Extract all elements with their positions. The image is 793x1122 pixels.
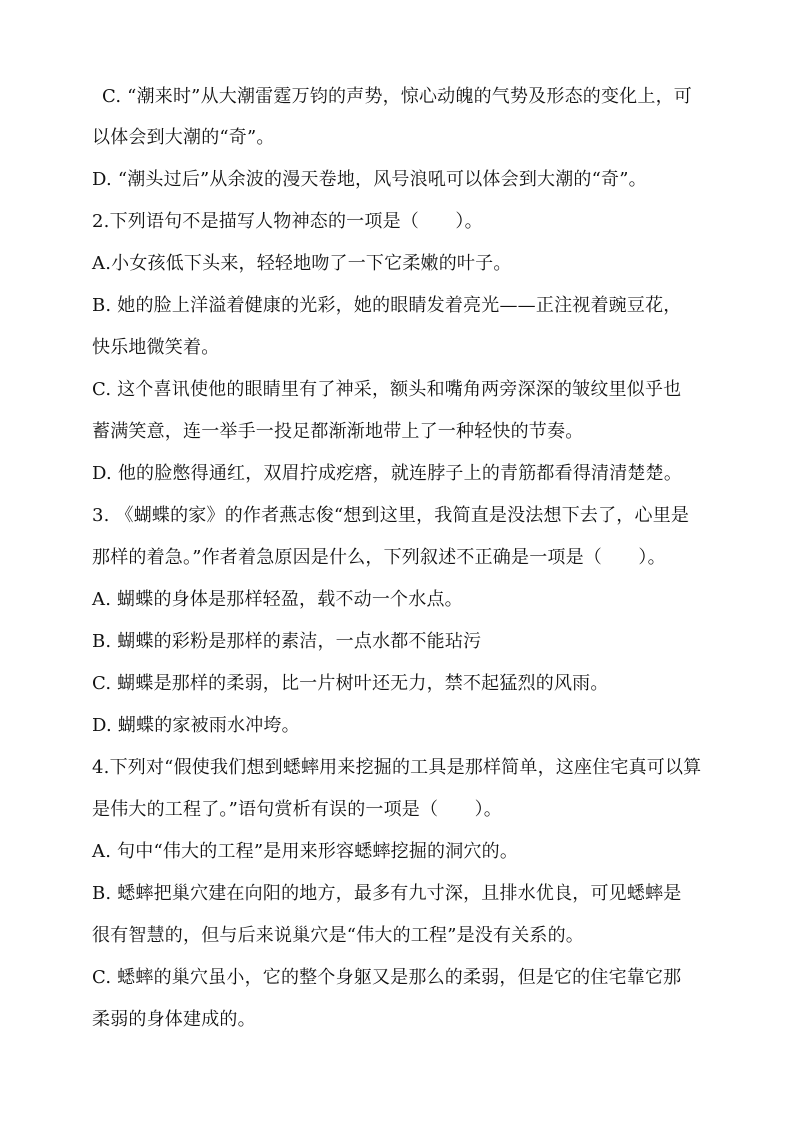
q4-option-b-line-2: 很有智慧的，但与后来说巢穴是“伟大的工程”是没有关系的。 <box>92 915 712 957</box>
q2-option-a: A.小女孩低下头来，轻轻地吻了一下它柔嫩的叶子。 <box>92 243 712 285</box>
q4-option-c-line-2: 柔弱的身体建成的。 <box>92 999 712 1041</box>
q4-option-c-line-1: C. 蟋蟀的巢穴虽小，它的整个身躯又是那么的柔弱，但是它的住宅靠它那 <box>92 957 712 999</box>
q1-option-d: D. “潮头过后”从余波的漫天卷地，风号浪吼可以体会到大潮的“奇”。 <box>92 159 712 201</box>
q3-option-b: B. 蝴蝶的彩粉是那样的素洁，一点水都不能玷污 <box>92 621 712 663</box>
q2-option-d: D. 他的脸憋得通红，双眉拧成疙瘩，就连脖子上的青筋都看得清清楚楚。 <box>92 453 712 495</box>
q4-stem-line-2: 是伟大的工程了。”语句赏析有误的一项是（ ）。 <box>92 789 712 831</box>
q2-option-b-line-2: 快乐地微笑着。 <box>92 327 712 369</box>
q4-option-a: A. 句中“伟大的工程”是用来形容蟋蟀挖掘的洞穴的。 <box>92 831 712 873</box>
q2-option-c-line-1: C. 这个喜讯使他的眼睛里有了神采，额头和嘴角两旁深深的皱纹里似乎也 <box>92 369 712 411</box>
q1-option-c-line-2: 以体会到大潮的“奇”。 <box>92 117 712 159</box>
q1-option-c-line-1: C. “潮来时”从大潮雷霆万钧的声势，惊心动魄的气势及形态的变化上，可 <box>102 76 722 118</box>
q3-stem-line-2: 那样的着急。”作者着急原因是什么，下列叙述不正确是一项是（ ）。 <box>92 537 712 579</box>
q3-option-c: C. 蝴蝶是那样的柔弱，比一片树叶还无力，禁不起猛烈的风雨。 <box>92 663 712 705</box>
q3-option-a: A. 蝴蝶的身体是那样轻盈，载不动一个水点。 <box>92 579 712 621</box>
q2-option-b-line-1: B. 她的脸上洋溢着健康的光彩，她的眼睛发着亮光——正注视着豌豆花， <box>92 285 712 327</box>
q2-option-c-line-2: 蓄满笑意，连一举手一投足都渐渐地带上了一种轻快的节奏。 <box>92 411 712 453</box>
q2-stem: 2.下列语句不是描写人物神态的一项是（ ）。 <box>92 201 712 243</box>
q4-option-b-line-1: B. 蟋蟀把巢穴建在向阳的地方，最多有九寸深，且排水优良，可见蟋蟀是 <box>92 873 712 915</box>
q4-stem-line-1: 4.下列对“假使我们想到蟋蟀用来挖掘的工具是那样简单，这座住宅真可以算 <box>92 747 712 789</box>
document-page: C. “潮来时”从大潮雷霆万钧的声势，惊心动魄的气势及形态的变化上，可 以体会到… <box>0 0 793 1122</box>
q3-option-d: D. 蝴蝶的家被雨水冲垮。 <box>92 705 712 747</box>
q3-stem-line-1: 3. 《蝴蝶的家》的作者燕志俊“想到这里，我简直是没法想下去了，心里是 <box>92 495 712 537</box>
